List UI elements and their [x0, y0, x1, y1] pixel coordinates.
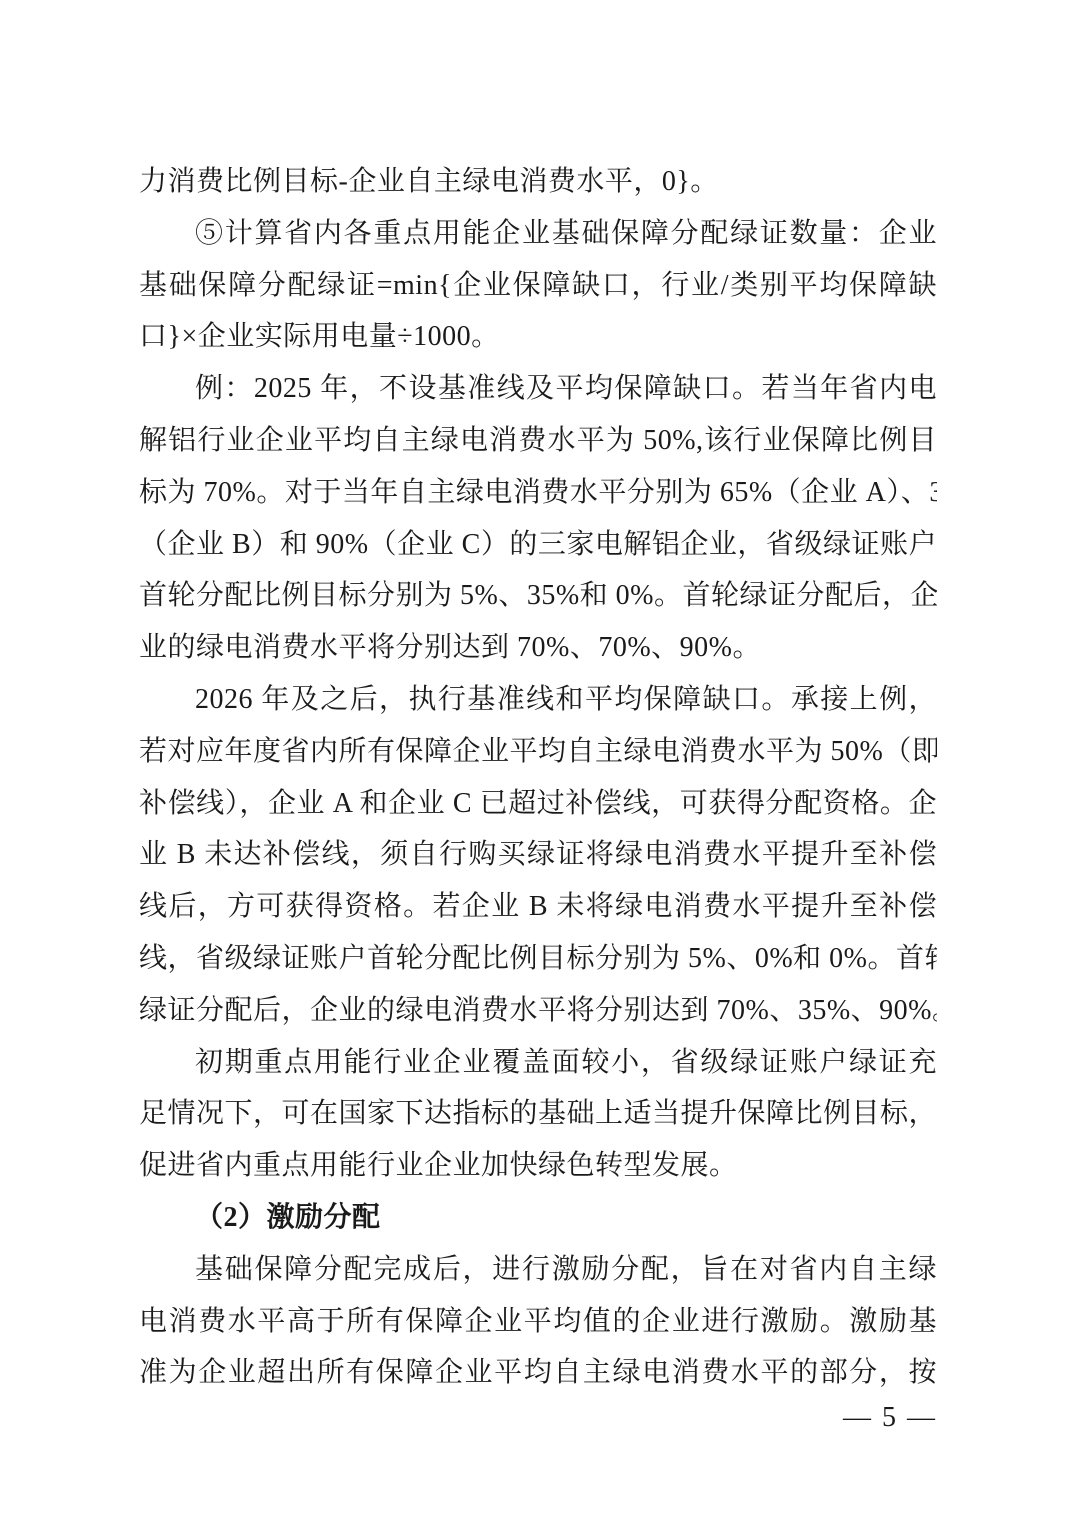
section-heading-incentive-allocation: （2）激励分配: [139, 1192, 937, 1244]
text-line: 业的绿电消费水平将分别达到 70%、70%、90%。: [139, 622, 937, 674]
text-body: 力消费比例目标-企业自主绿电消费水平，0}。 ⑤计算省内各重点用能企业基础保障分…: [139, 156, 937, 1399]
text-line: 力消费比例目标-企业自主绿电消费水平，0}。: [139, 156, 937, 208]
text-line: 线，省级绿证账户首轮分配比例目标分别为 5%、0%和 0%。首轮: [139, 933, 937, 985]
text-line: 标为 70%。对于当年自主绿电消费水平分别为 65%（企业 A）、35%: [139, 467, 937, 519]
text-line: 电消费水平高于所有保障企业平均值的企业进行激励。激励基: [139, 1296, 937, 1348]
text-line: 基础保障分配绿证=min{企业保障缺口，行业/类别平均保障缺: [139, 260, 937, 312]
text-line: 绿证分配后，企业的绿电消费水平将分别达到 70%、35%、90%。: [139, 985, 937, 1037]
text-line: 解铝行业企业平均自主绿电消费水平为 50%,该行业保障比例目: [139, 415, 937, 467]
text-line: 口}×企业实际用电量÷1000。: [139, 311, 937, 363]
text-line: 足情况下，可在国家下达指标的基础上适当提升保障比例目标，: [139, 1088, 937, 1140]
document-page: 力消费比例目标-企业自主绿电消费水平，0}。 ⑤计算省内各重点用能企业基础保障分…: [0, 0, 1080, 1527]
text-line: 补偿线），企业 A 和企业 C 已超过补偿线，可获得分配资格。企: [139, 778, 937, 830]
text-line: （企业 B）和 90%（企业 C）的三家电解铝企业，省级绿证账户: [139, 519, 937, 571]
text-line: 线后，方可获得资格。若企业 B 未将绿电消费水平提升至补偿: [139, 881, 937, 933]
text-line: 例：2025 年，不设基准线及平均保障缺口。若当年省内电: [139, 363, 937, 415]
text-line: ⑤计算省内各重点用能企业基础保障分配绿证数量：企业: [139, 208, 937, 260]
text-line: 促进省内重点用能行业企业加快绿色转型发展。: [139, 1140, 937, 1192]
text-line: 准为企业超出所有保障企业平均自主绿电消费水平的部分，按: [139, 1347, 937, 1399]
text-line: 2026 年及之后，执行基准线和平均保障缺口。承接上例，: [139, 674, 937, 726]
text-line: 业 B 未达补偿线，须自行购买绿证将绿电消费水平提升至补偿: [139, 829, 937, 881]
text-line: 初期重点用能行业企业覆盖面较小，省级绿证账户绿证充: [139, 1037, 937, 1089]
text-line: 若对应年度省内所有保障企业平均自主绿电消费水平为 50%（即: [139, 726, 937, 778]
page-number: — 5 —: [843, 1392, 937, 1444]
text-line: 首轮分配比例目标分别为 5%、35%和 0%。首轮绿证分配后，企: [139, 570, 937, 622]
text-line: 基础保障分配完成后，进行激励分配，旨在对省内自主绿: [139, 1244, 937, 1296]
